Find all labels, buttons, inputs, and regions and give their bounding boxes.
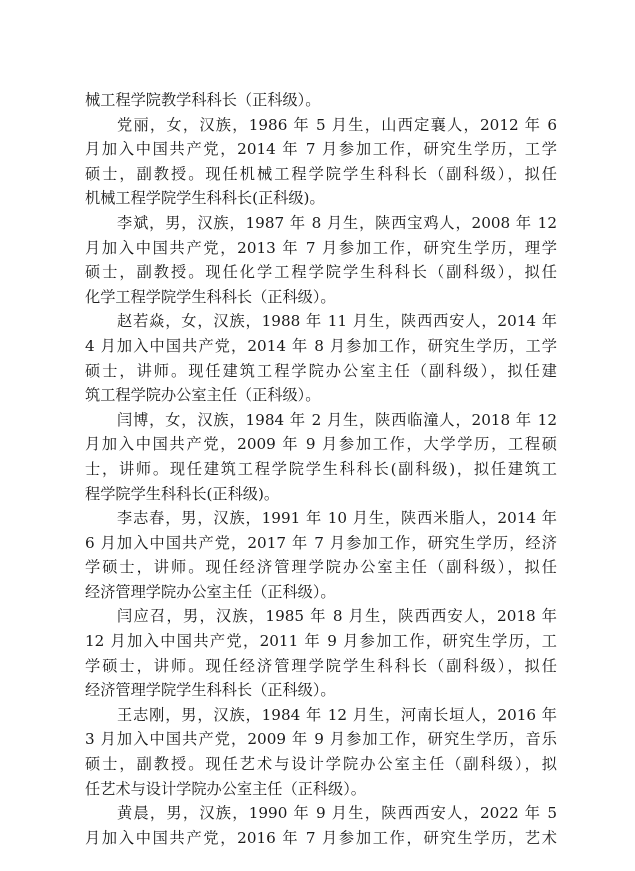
text-line: 李斌，男，汉族，1987 年 8 月生，陕西宝鸡人，2008 年 12 — [85, 211, 557, 236]
text-line: 学硕士，讲师。现任经济管理学院学生科科长（副科级），拟任 — [85, 654, 557, 679]
text-line: 机械工程学院学生科科长(正科级)。 — [85, 186, 557, 211]
text-line: 月加入中国共产党，2009 年 9 月参加工作，大学学历，工程硕 — [85, 432, 557, 457]
text-line: 经济管理学院学生科科长（正科级）。 — [85, 678, 557, 703]
text-line: 6 月加入中国共产党，2017 年 7 月参加工作，研究生学历，经济 — [85, 531, 557, 556]
text-line: 硕士，副教授。现任艺术与设计学院办公室主任（副科级），拟 — [85, 752, 557, 777]
text-line: 硕士，讲师。现任建筑工程学院办公室主任（副科级），拟任建 — [85, 359, 557, 384]
text-line: 化学工程学院学生科科长（正科级）。 — [85, 285, 557, 310]
text-line: 月加入中国共产党，2013 年 7 月参加工作，研究生学历，理学 — [85, 236, 557, 261]
text-line: 闫应召，男，汉族，1985 年 8 月生，陕西西安人，2018 年 — [85, 604, 557, 629]
text-line: 士，讲师。现任建筑工程学院学生科科长(副科级)，拟任建筑工 — [85, 457, 557, 482]
text-line: 程学院学生科科长(正科级)。 — [85, 482, 557, 507]
document-page: 械工程学院教学科科长（正科级）。党丽，女，汉族，1986 年 5 月生，山西定襄… — [85, 88, 557, 850]
text-line: 筑工程学院办公室主任（正科级）。 — [85, 383, 557, 408]
text-line: 硕士，副教授。现任化学工程学院学生科科长（副科级），拟任 — [85, 260, 557, 285]
text-line: 闫博，女，汉族，1984 年 2 月生，陕西临潼人，2018 年 12 — [85, 408, 557, 433]
text-line: 党丽，女，汉族，1986 年 5 月生，山西定襄人，2012 年 6 — [85, 113, 557, 138]
text-line: 4 月加入中国共产党，2014 年 8 月参加工作，研究生学历，工学 — [85, 334, 557, 359]
text-line: 12 月加入中国共产党，2011 年 9 月参加工作，研究生学历，工 — [85, 629, 557, 654]
text-line: 月加入中国共产党，2016 年 7 月参加工作，研究生学历，艺术 — [85, 826, 557, 851]
text-line: 王志刚，男，汉族，1984 年 12 月生，河南长垣人，2016 年 — [85, 703, 557, 728]
text-line: 月加入中国共产党，2014 年 7 月参加工作，研究生学历，工学 — [85, 137, 557, 162]
text-line: 赵若焱，女，汉族，1988 年 11 月生，陕西西安人，2014 年 — [85, 309, 557, 334]
text-line: 3 月加入中国共产党，2009 年 9 月参加工作，研究生学历，音乐 — [85, 727, 557, 752]
text-line: 任艺术与设计学院办公室主任（正科级）。 — [85, 777, 557, 802]
text-line: 经济管理学院办公室主任（正科级）。 — [85, 580, 557, 605]
text-line: 黄晨，男，汉族，1990 年 9 月生，陕西西安人，2022 年 5 — [85, 801, 557, 826]
text-line: 李志春，男，汉族，1991 年 10 月生，陕西米脂人，2014 年 — [85, 506, 557, 531]
text-line: 硕士，副教授。现任机械工程学院学生科科长（副科级），拟任 — [85, 162, 557, 187]
text-line: 学硕士，讲师。现任经济管理学院办公室主任（副科级），拟任 — [85, 555, 557, 580]
text-line: 械工程学院教学科科长（正科级）。 — [85, 88, 557, 113]
